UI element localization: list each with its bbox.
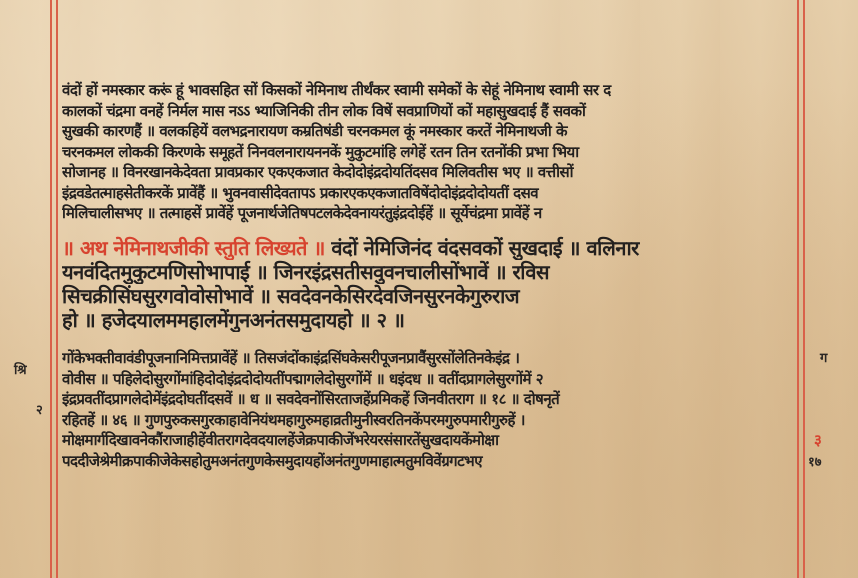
left-border-rule-inner [56, 0, 58, 578]
text-line: पददीजेश्रेमीक्रपाकीजेकेसहोतुमअनंतगुणकेसम… [62, 451, 796, 472]
text-line: सोजानह ॥ विनरखानकेदेवता प्रावप्रकार एकएक… [62, 162, 796, 183]
right-border-rule-outer [803, 0, 805, 578]
folio-number-red: ३ [814, 430, 822, 450]
text-line: इंद्रवडेतत्माहसेतीकरकें प्रावेंहैं ॥ भुव… [62, 183, 796, 204]
left-border-rule-outer [50, 0, 52, 578]
text-line: इंद्रप्रवतींदप्रागलेदोमेंइंद्रदोघतींदसवे… [62, 389, 796, 410]
left-margin-note-bottom: २ [36, 400, 43, 418]
text-line: चरनकमल लोककी किरणके समूहतें निनवलनारायनन… [62, 142, 796, 163]
text-line: मिलिचालीसभए ॥ तत्माहसें प्रावेंहें पूजना… [62, 203, 796, 224]
text-line: रहितहें ॥ ४६ ॥ गुणपुरुकसगुरकाहावेनियंथमह… [62, 410, 796, 431]
verse-heading-line: ॥ अथ नेमिनाथजीकी स्तुति लिख्यते ॥ वंदों … [62, 236, 796, 260]
text-line: गोंकेभक्तीवावंडीपूजनानिमित्तप्रावेंहें ॥… [62, 348, 796, 369]
text-line: मोक्षमार्गदिखावनेकौंराजाहीहेंवीतरागदेवदय… [62, 430, 796, 451]
text-line: कालकों चंद्रमा वनहें निर्मल मास नऽऽ भ्या… [62, 101, 796, 122]
verse-heading-continuation: वंदों नेमिजिनंद वंदसवकों सुखदाई ॥ वलिनार [331, 236, 638, 260]
manuscript-page: श्रि २ ग ३ १७ वंदों हों नमस्कार करूं हूं… [0, 0, 858, 578]
text-line: वोवीस ॥ पहिलेदोसुरगोंमांहिदोदोइंद्रदोदोय… [62, 369, 796, 390]
verse-line: यनवंदितमुकुटमणिसोभापाई ॥ जिनरइंद्रसतीसवु… [62, 260, 796, 284]
verse-block: ॥ अथ नेमिनाथजीकी स्तुति लिख्यते ॥ वंदों … [62, 236, 796, 332]
rubric-heading: ॥ अथ नेमिनाथजीकी स्तुति लिख्यते ॥ [62, 236, 325, 260]
text-line: वंदों हों नमस्कार करूं हूं भावसहित सों क… [62, 80, 796, 101]
left-margin-note-top: श्रि [14, 360, 27, 378]
folio-number: १७ [808, 452, 822, 470]
upper-text-block: वंदों हों नमस्कार करूं हूं भावसहित सों क… [62, 80, 796, 224]
text-line: सुखकी कारणहैं ॥ वलकहियें वलभद्रनारायण कम… [62, 121, 796, 142]
lower-text-block: गोंकेभक्तीवावंडीपूजनानिमित्तप्रावेंहें ॥… [62, 348, 796, 471]
right-border-rule-inner [797, 0, 799, 578]
verse-line: हो ॥ हजेदयालममहालमेंगुनअनंतसमुदायहो ॥ २ … [62, 308, 796, 332]
verse-line: सिचक्रीसिंघसुरगवोवोसोभावें ॥ सवदेवनकेसिर… [62, 284, 796, 308]
right-margin-note-top: ग [820, 348, 827, 366]
